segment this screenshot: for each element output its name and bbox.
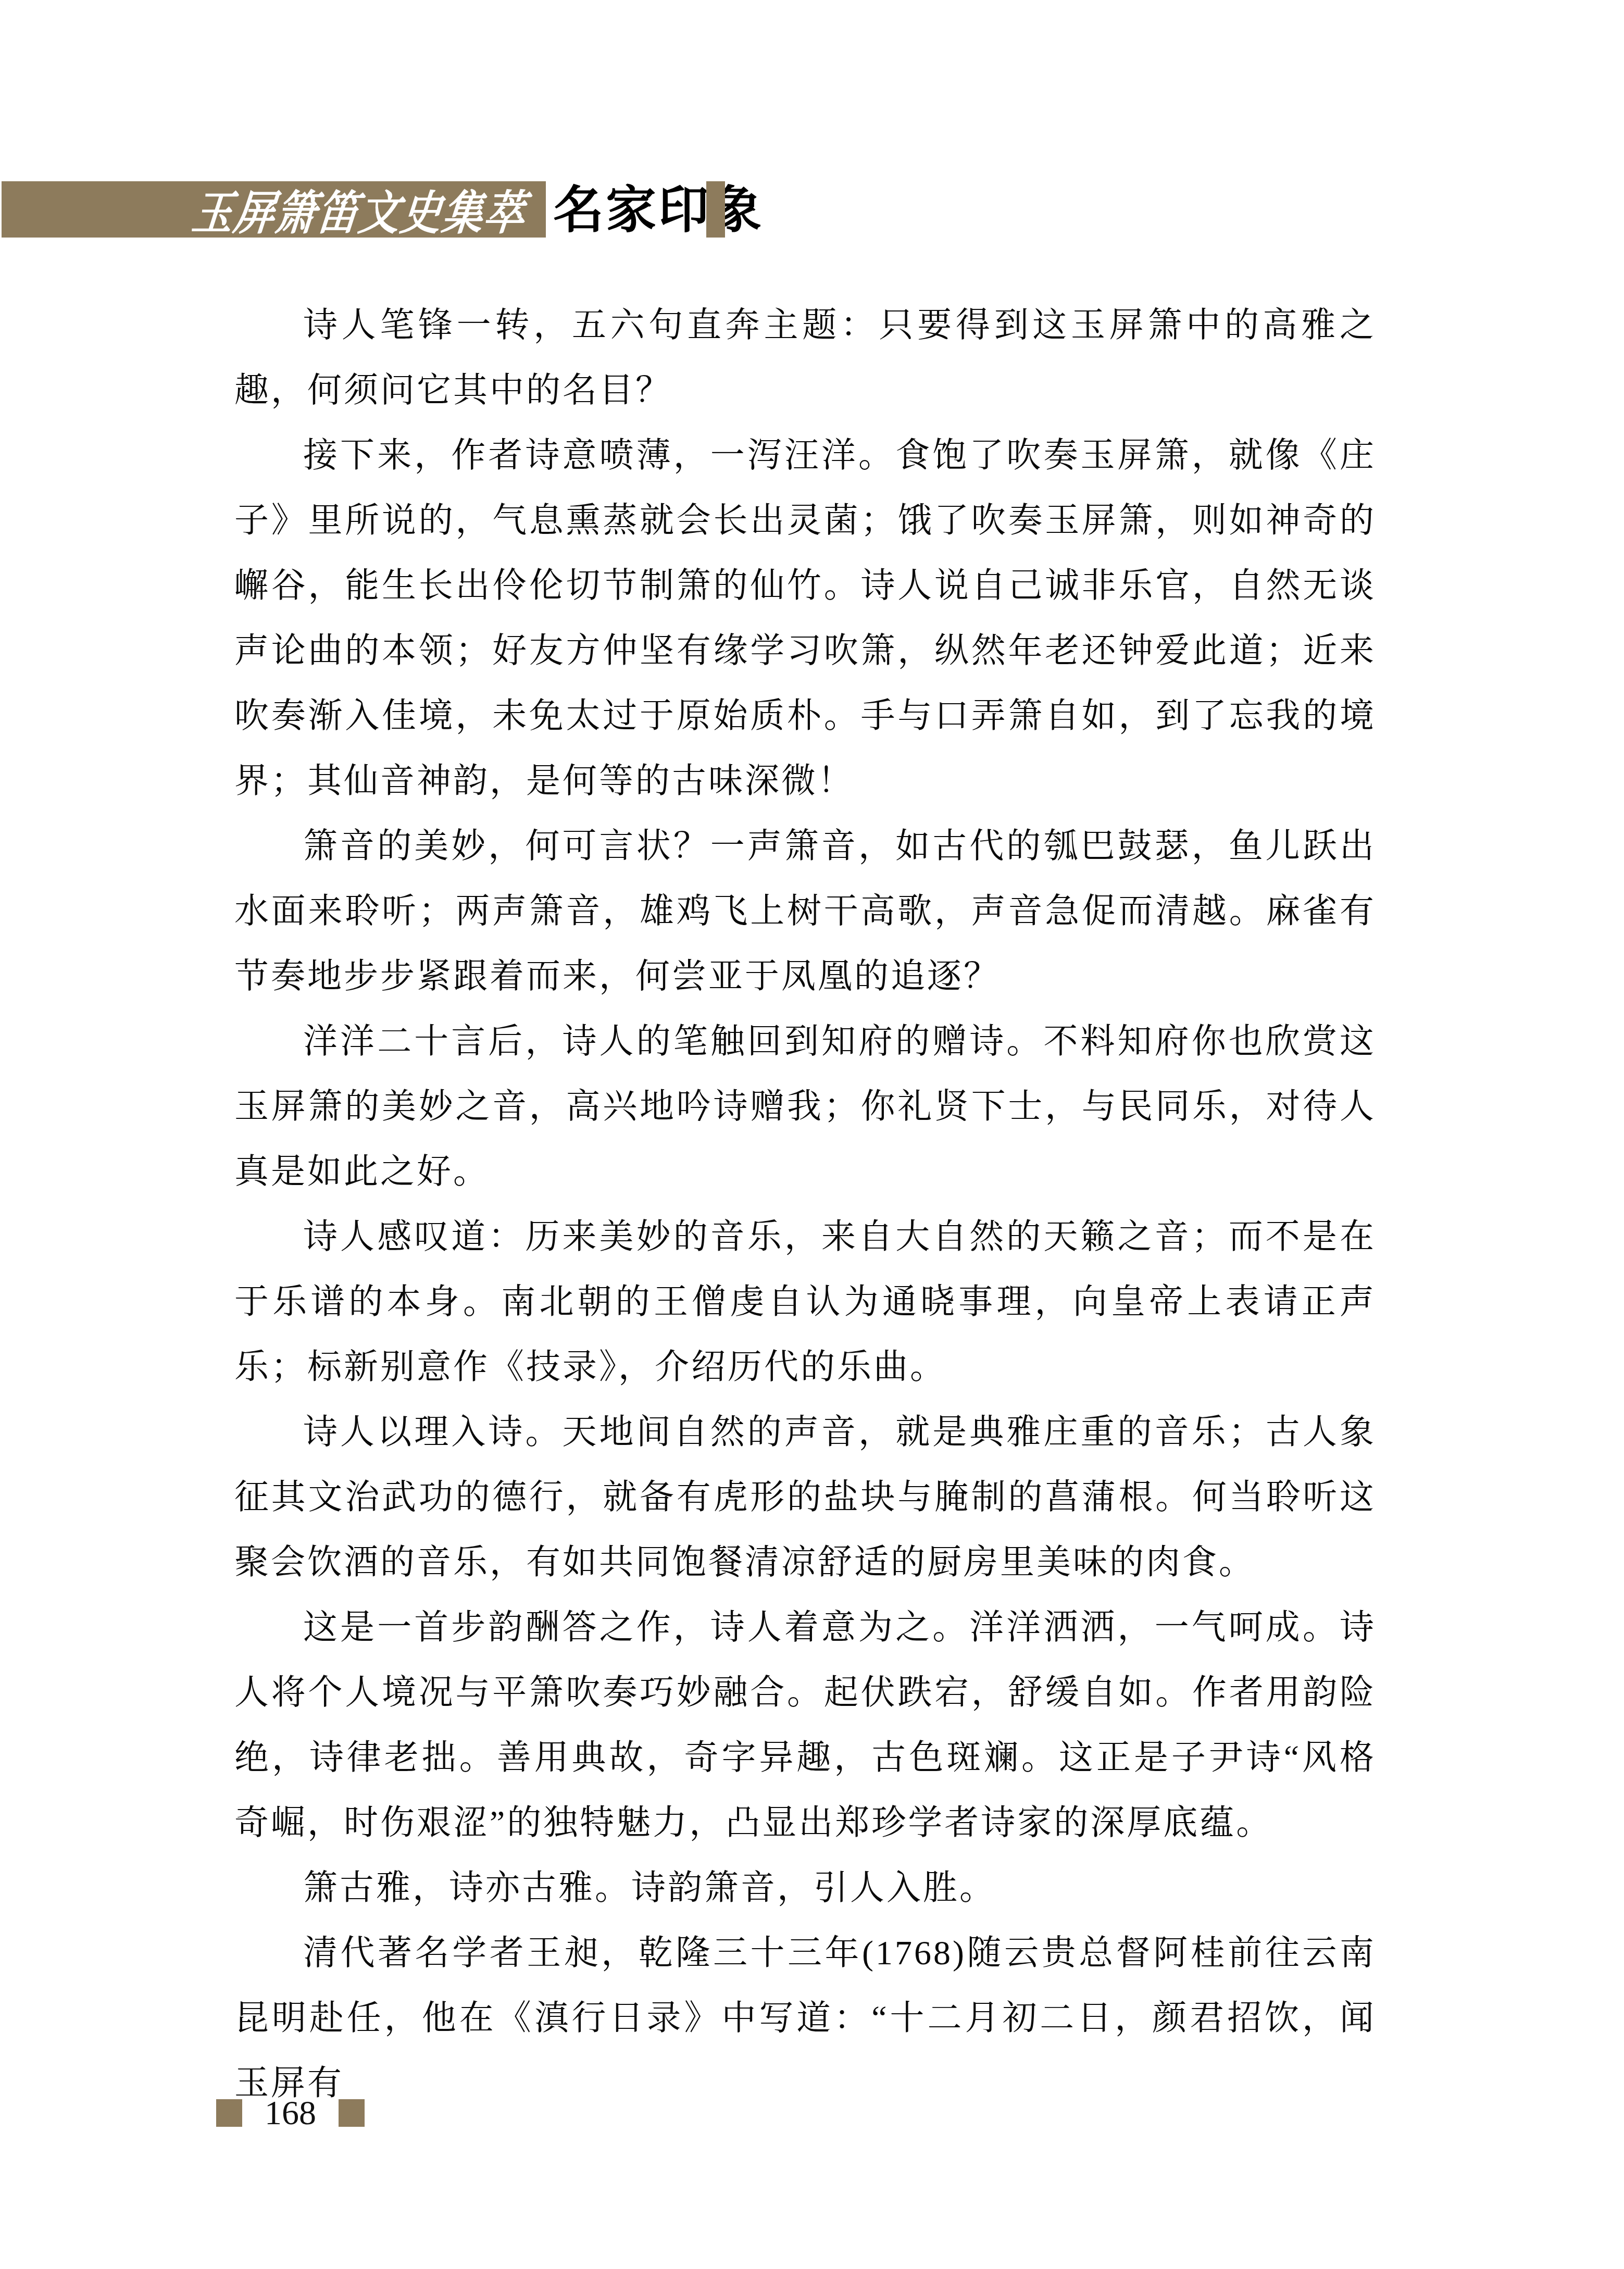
paragraph: 诗人以理入诗。天地间自然的声音，就是典雅庄重的音乐；古人象征其文治武功的德行，就… [234, 1400, 1376, 1595]
paragraph: 洋洋二十言后，诗人的笔触回到知府的赠诗。不料知府你也欣赏这玉屏箫的美妙之音，高兴… [234, 1009, 1376, 1204]
paragraph: 这是一首步韵酬答之作，诗人着意为之。洋洋洒洒，一气呵成。诗人将个人境况与平箫吹奏… [234, 1595, 1376, 1855]
page-footer: 168 [216, 2099, 365, 2127]
page-number: 168 [265, 2099, 316, 2127]
paragraph: 诗人笔锋一转，五六句直奔主题：只要得到这玉屏箫中的高雅之趣，何须问它其中的名目？ [234, 293, 1376, 423]
paragraph: 诗人感叹道：历来美妙的音乐，来自大自然的天籁之音；而不是在于乐谱的本身。南北朝的… [234, 1204, 1376, 1400]
footer-right-square [339, 2099, 365, 2127]
series-title-calligraphy: 玉屏箫笛文史集萃 [189, 176, 530, 243]
body-text: 诗人笔锋一转，五六句直奔主题：只要得到这玉屏箫中的高雅之趣，何须问它其中的名目？… [234, 293, 1376, 2116]
paragraph: 清代著名学者王昶，乾隆三十三年(1768)随云贵总督阿桂前往云南昆明赴任，他在《… [234, 1921, 1376, 2116]
paragraph: 箫音的美妙，何可言状？一声箫音，如古代的瓠巴鼓瑟，鱼儿跃出水面来聆听；两声箫音，… [234, 814, 1376, 1009]
paragraph: 接下来，作者诗意喷薄，一泻汪洋。食饱了吹奏玉屏箫，就像《庄子》里所说的，气息熏蒸… [234, 423, 1376, 814]
footer-left-square [216, 2099, 242, 2127]
section-title: 名家印象 [553, 181, 764, 238]
book-page: { "theme": { "banner_color": "#8d7b5c", … [0, 0, 1624, 2269]
header-accent-bar [706, 181, 725, 238]
paragraph: 箫古雅，诗亦古雅。诗韵箫音，引人入胜。 [234, 1855, 1376, 1921]
header-banner: 玉屏箫笛文史集萃 [2, 181, 546, 238]
